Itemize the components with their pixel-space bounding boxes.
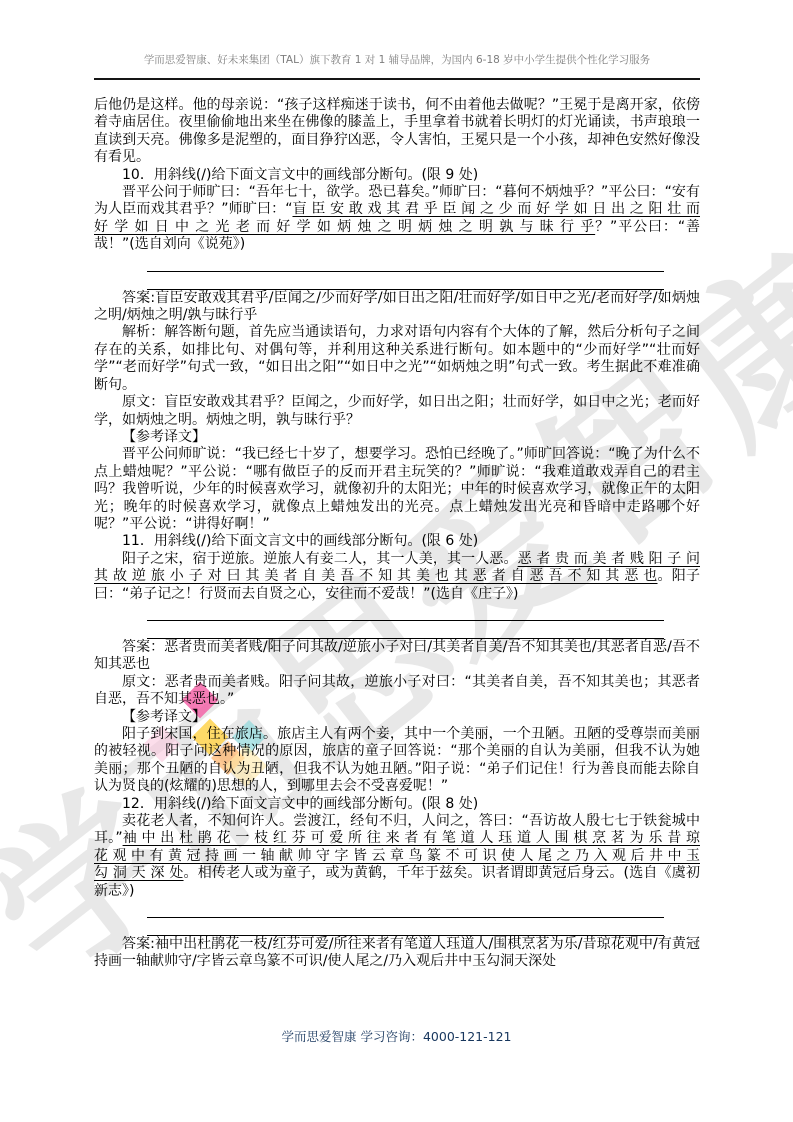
q10-reference-label: 【参考译文】 (94, 429, 700, 446)
q11-original-text: 原文：恶者贵而美者贱。阳子问其故，逆旅小子对曰：“其美者自美，吾不知其美也；其恶… (94, 674, 700, 709)
intro-paragraph: 后他仍是这样。他的母亲说：“孩子这样痴迷于读书，何不由着他去做呢？”王冕于是离开… (94, 97, 700, 167)
document-content: 后他仍是这样。他的母亲说：“孩子这样痴迷于读书，何不由着他去做呢？”王冕于是离开… (94, 97, 700, 971)
page-header: 学而思爱智康、好未来集团（TAL）旗下教育 1 对 1 辅导品牌，为国内 6-1… (94, 0, 700, 80)
q11-answer-blank-line-2 (147, 621, 664, 639)
q11-answer: 答案：恶者贵而美者贱/阳子问其故/逆旅小子对曰/其美者自美/吾不知其美也/其恶者… (94, 639, 700, 674)
q11-passage: 阳子之宋，宿于逆旅。逆旅人有妾二人，其一人美，其一人恶。恶 者 贵 而 美 者 … (94, 551, 700, 603)
q12-passage: 卖花老人者，不知何许人。尝渡江，经旬不归，人问之，答曰：“吾访故人殷七七于铁瓮城… (94, 813, 700, 900)
q12-title: 12．用斜线(/)给下面文言文中的画线部分断句。(限 8 处) (94, 796, 700, 813)
q12-answer-blank-line-1 (147, 900, 664, 918)
page-footer: 学而思爱智康 学习咨询：4000-121-121 (0, 1027, 793, 1045)
q10-answer: 答案:盲臣安敢戏其君乎/臣闻之/少而好学/如日出之阳/壮而好学/如日中之光/老而… (94, 290, 700, 325)
q11-answer-blank-line-1 (147, 603, 664, 621)
q10-translation: 晋平公问师旷说：“我已经七十岁了，想要学习。恐怕已经晚了。”师旷回答说：“晚了为… (94, 446, 700, 533)
q10-answer-blank-line-1 (147, 254, 664, 272)
q10-title: 10．用斜线(/)给下面文言文中的画线部分断句。(限 9 处) (94, 167, 700, 184)
q11-passage-pre: 阳子之宋，宿于逆旅。逆旅人有妾二人，其一人美，其一人恶。 (122, 551, 518, 567)
q11-translation: 阳子到宋国，住在旅店。旅店主人有两个妾，其中一个美丽，一个丑陋。丑陋的受尊崇而美… (94, 726, 700, 796)
header-brand-slogan: 学而思爱智康、好未来集团（TAL）旗下教育 1 对 1 辅导品牌，为国内 6-1… (94, 0, 700, 67)
document-page: 学而思爱智康 学而思爱智康、好未来集团（TAL）旗下教育 1 对 1 辅导品牌，… (0, 0, 793, 1122)
q10-answer-blank-line-2 (147, 272, 664, 290)
q10-passage: 晋平公问于师旷曰：“吾年七十，欲学。恐已暮矣。”师旷曰：“暮何不炳烛乎？”平公曰… (94, 184, 700, 254)
q12-answer: 答案:袖中出杜鹃花一枝/红芬可爱/所往来者有笔道人珏道人/围棋烹茗为乐/昔琼花观… (94, 936, 700, 971)
q11-title: 11．用斜线(/)给下面文言文中的画线部分断句。(限 6 处) (94, 533, 700, 550)
q10-original-text: 原文：盲臣安敢戏其君乎？臣闻之，少而好学，如日出之阳；壮而好学，如日中之光；老而… (94, 394, 700, 429)
header-divider (94, 78, 700, 80)
q12-passage-post: 。相传老人或为童子，或为黄鹤，千年于兹矣。识者谓即黄冠后身云。(选自《虞初新志》… (94, 865, 700, 898)
q11-reference-label: 【参考译文】 (94, 709, 700, 726)
q10-analysis: 解析：解答断句题，首先应当通读语句，力求对语句内容有个大体的了解，然后分析句子之… (94, 324, 700, 394)
q12-answer-blank-line-2 (147, 918, 664, 936)
footer-contact-info: 学而思爱智康 学习咨询：4000-121-121 (281, 1029, 511, 1044)
